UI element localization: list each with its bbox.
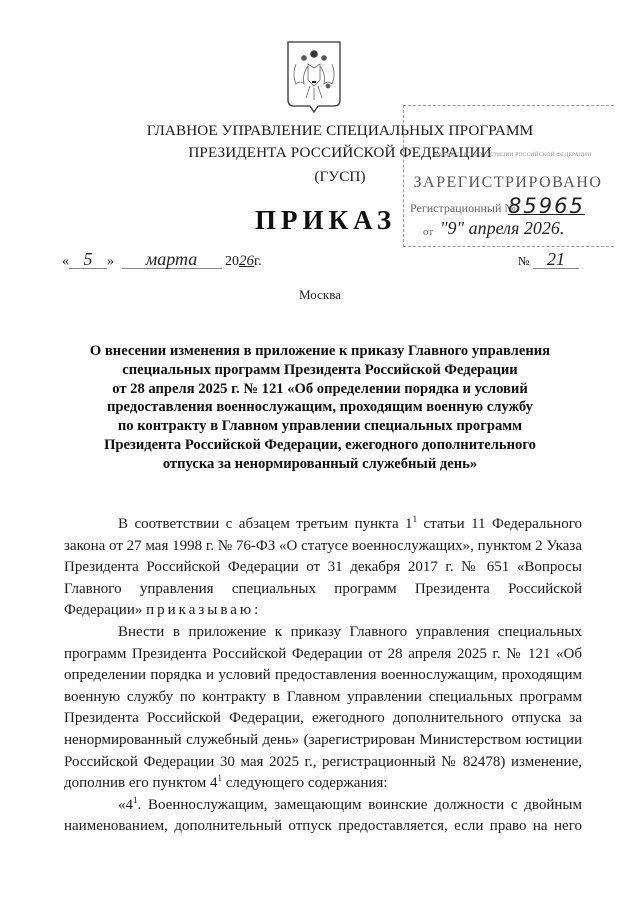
clause-text-b: . Военнослужащим, замещающим воинские до… [64,797,582,835]
heading-line: специальных программ Президента Российск… [40,361,600,380]
order-day: 5 [69,250,107,269]
preamble-text-a: В соответствии с абзацем третьим пункта … [118,516,413,532]
order-number: № 21 [518,250,579,270]
amendment-text-b: следующего содержания: [222,775,388,791]
document-type-title: ПРИКАЗ [255,205,396,236]
paragraph-preamble: В соответствии с абзацем третьим пункта … [64,514,582,622]
order-number-label: № [518,254,529,268]
order-month: марта [122,250,222,269]
order-year-unit: г. [254,254,262,269]
stamp-date-prefix: от [423,226,433,238]
amendment-text-a: Внести в приложение к приказу Главного у… [64,624,582,791]
heading-line: по контракту в Главном управлении специа… [40,417,600,436]
order-heading: О внесении изменения в приложение к прик… [40,342,600,474]
paragraph-amendment: Внести в приложение к приказу Главного у… [64,622,582,795]
order-year-prefix: 20 [225,254,239,269]
order-number-value: 21 [533,250,579,269]
quote-close: » [107,254,114,269]
order-body: В соответствии с абзацем третьим пункта … [64,514,582,838]
coat-of-arms-emblem [286,40,342,116]
city: Москва [0,287,640,303]
heading-line: отпуска за ненормированный служебный ден… [40,455,600,474]
quote-open: « [62,254,69,269]
clause-text-a: «4 [118,797,133,813]
stamp-status: ЗАРЕГИСТРИРОВАНО [408,174,608,192]
stamp-date: "9" апреля 2026. [440,218,564,239]
stamp-ministry-line: МИНИСТЕРСТВО ЮСТИЦИИ РОССИЙСКОЙ ФЕДЕРАЦИ… [408,152,618,158]
stamp-number-label: Регистрационный № [410,201,516,216]
heading-line: Президента Российской Федерации, ежегодн… [40,436,600,455]
order-date: «5» марта 2026г. [62,250,262,270]
heading-line: О внесении изменения в приложение к прик… [40,342,600,361]
order-year-suffix: 26 [239,253,254,269]
order-verb: приказываю: [146,602,261,618]
paragraph-new-clause: «41. Военнослужащим, замещающим воинские… [64,795,582,838]
heading-line: от 28 апреля 2025 г. № 121 «Об определен… [40,380,600,399]
stamp-registration-number: 85965 [508,194,585,218]
heading-line: предоставления военнослужащим, проходящи… [40,398,600,417]
